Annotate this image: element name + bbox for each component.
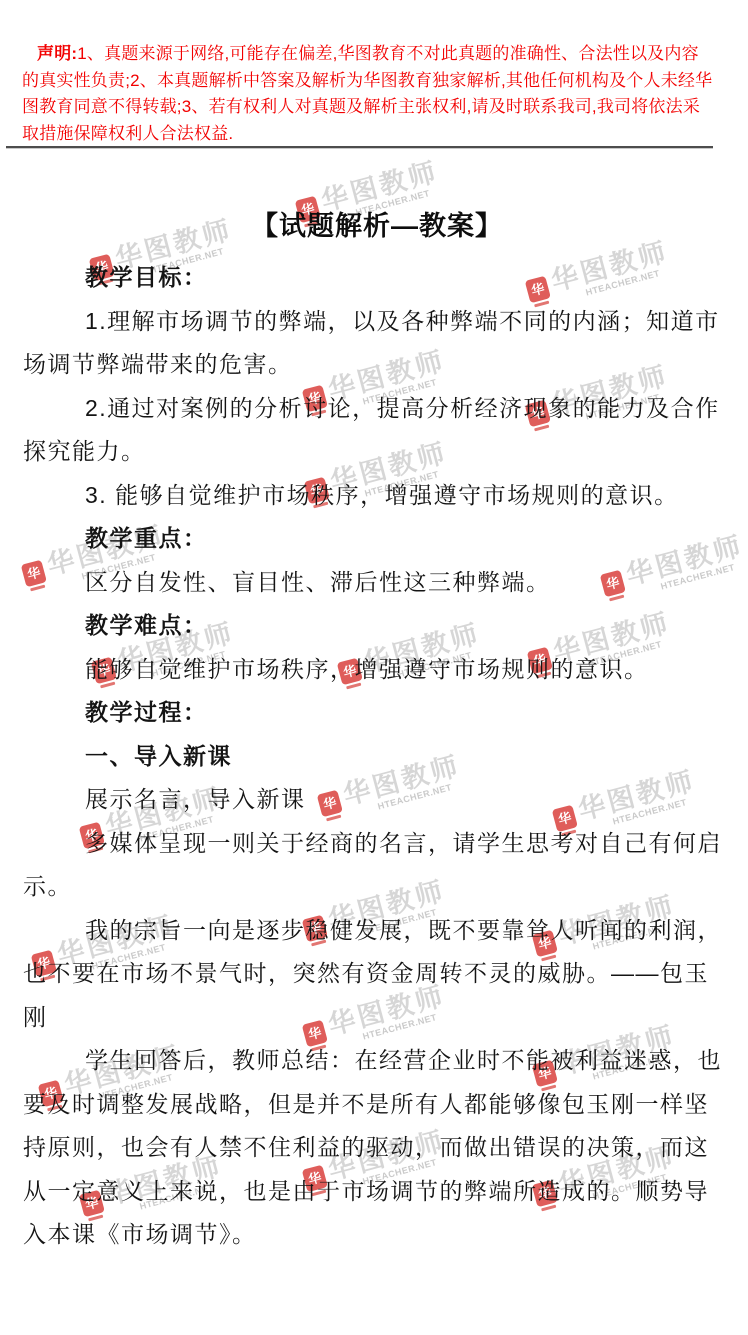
page-title: 【试题解析—教案】 [23, 206, 731, 246]
disclaimer-body: 1、真题来源于网络,可能存在偏差,华图教育不对此真题的准确性、合法性以及内容 的… [22, 44, 712, 143]
disclaimer-prefix: 声明: [37, 44, 77, 63]
horizontal-divider [6, 146, 713, 149]
paragraph-baoyugang-quote: 我的宗旨一向是逐步稳健发展，既不要靠耸人听闻的利润， 也不要在市场不景气时，突然… [23, 909, 731, 1040]
document-body: 【试题解析—教案】 教学目标： 1.理解市场调节的弊端，以及各种弊端不同的内涵；… [23, 206, 731, 1257]
paragraph-objective-2: 2.通过对案例的分析讨论，提高分析经济现象的能力及合作 探究能力。 [23, 387, 731, 474]
heading-teaching-process: 教学过程： [23, 691, 731, 735]
heading-lesson-intro: 一、导入新课 [23, 735, 731, 779]
paragraph-teaching-difficulty: 能够自觉维护市场秩序，增强遵守市场规则的意识。 [23, 648, 731, 692]
heading-teaching-difficulty: 教学难点： [23, 604, 731, 648]
heading-teaching-objectives: 教学目标： [23, 256, 731, 300]
paragraph-show-quote: 展示名言，导入新课 [23, 778, 731, 822]
paragraph-teaching-focus: 区分自发性、盲目性、滞后性这三种弊端。 [23, 561, 731, 605]
paragraph-teacher-summary: 学生回答后，教师总结：在经营企业时不能被利益迷惑，也 要及时调整发展战略，但是并… [23, 1039, 731, 1257]
paragraph-objective-1: 1.理解市场调节的弊端，以及各种弊端不同的内涵；知道市 场调节弊端带来的危害。 [23, 300, 731, 387]
disclaimer: 声明:1、真题来源于网络,可能存在偏差,华图教育不对此真题的准确性、合法性以及内… [22, 41, 730, 147]
heading-teaching-focus: 教学重点： [23, 517, 731, 561]
paragraph-multimedia-quote: 多媒体呈现一则关于经商的名言，请学生思考对自己有何启 示。 [23, 822, 731, 909]
document-page: 华华图教师HTEACHER.NET 华华图教师HTEACHER.NET 华华图教… [0, 0, 748, 1335]
paragraph-objective-3: 3. 能够自觉维护市场秩序，增强遵守市场规则的意识。 [23, 474, 731, 518]
